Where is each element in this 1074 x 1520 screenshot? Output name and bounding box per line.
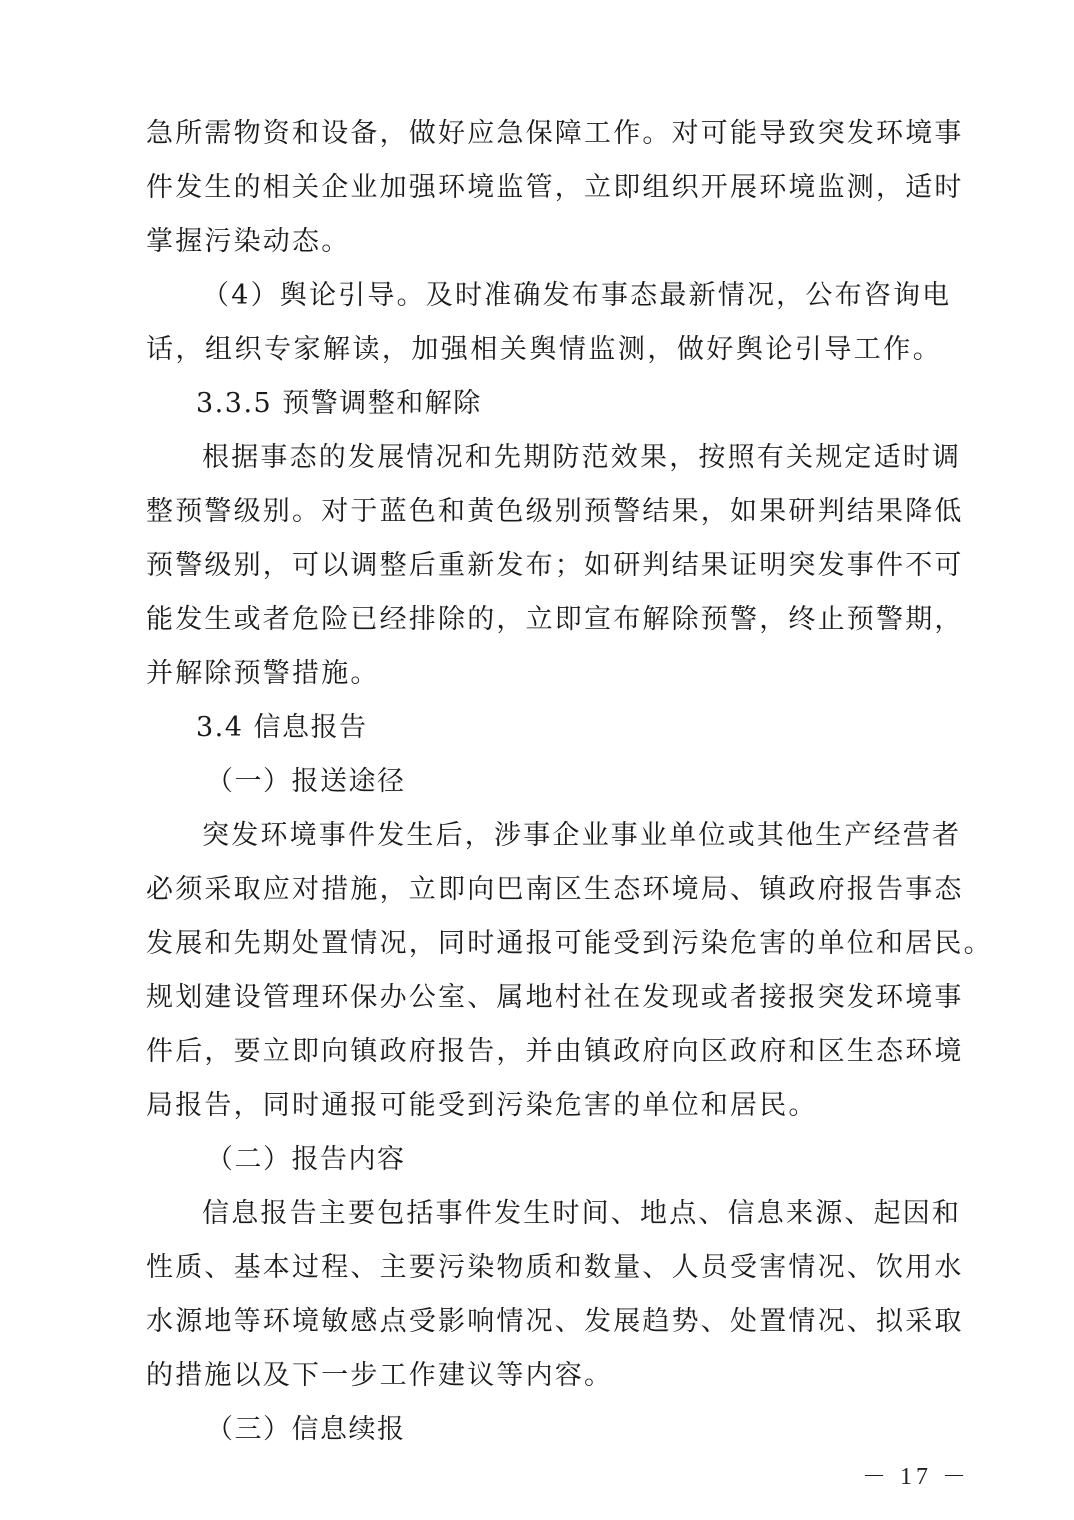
body-text-line: 并解除预警措施。 <box>146 656 942 692</box>
section-heading-3-4: 3.4 信息报告 <box>196 710 992 746</box>
body-text-line: 的措施以及下一步工作建议等内容。 <box>146 1358 942 1394</box>
document-page: 急所需物资和设备，做好应急保障工作。对可能导致突发环境事 件发生的相关企业加强环… <box>0 0 1074 1520</box>
body-text-line: 发展和先期处置情况，同时通报可能受到污染危害的单位和居民。 <box>146 926 942 962</box>
body-text-line: 局报告，同时通报可能受到污染危害的单位和居民。 <box>146 1088 942 1124</box>
body-text-line: 整预警级别。对于蓝色和黄色级别预警结果，如果研判结果降低 <box>146 494 942 530</box>
paragraph-item-public-opinion: （4）舆论引导。及时准确发布事态最新情况，公布咨询电 <box>202 278 942 314</box>
body-text-line: 规划建设管理环保办公室、属地村社在发现或者接报突发环境事 <box>146 980 942 1016</box>
page-number: － 17 － <box>862 1456 970 1491</box>
subheading-reporting-channel: （一）报送途径 <box>206 764 1002 800</box>
body-text-line: 突发环境事件发生后，涉事企业事业单位或其他生产经营者 <box>202 818 942 854</box>
subheading-follow-up-report: （三）信息续报 <box>206 1412 1002 1448</box>
section-heading-3-3-5: 3.3.5 预警调整和解除 <box>196 386 992 422</box>
body-text-line: 话，组织专家解读，加强相关舆情监测，做好舆论引导工作。 <box>146 332 942 368</box>
body-text-line: 能发生或者危险已经排除的，立即宣布解除预警，终止预警期， <box>146 602 942 638</box>
body-text-line: 必须采取应对措施，立即向巴南区生态环境局、镇政府报告事态 <box>146 872 942 908</box>
body-text-line: 件后，要立即向镇政府报告，并由镇政府向区政府和区生态环境 <box>146 1034 942 1070</box>
body-text-line: 件发生的相关企业加强环境监管，立即组织开展环境监测，适时 <box>146 170 942 206</box>
body-text-line: 性质、基本过程、主要污染物质和数量、人员受害情况、饮用水 <box>146 1250 942 1286</box>
body-text-line: 掌握污染动态。 <box>146 224 942 260</box>
body-text-line: 信息报告主要包括事件发生时间、地点、信息来源、起因和 <box>202 1196 942 1232</box>
body-text-line: 水源地等环境敏感点受影响情况、发展趋势、处置情况、拟采取 <box>146 1304 942 1340</box>
body-text-line: 预警级别，可以调整后重新发布；如研判结果证明突发事件不可 <box>146 548 942 584</box>
subheading-report-content: （二）报告内容 <box>206 1142 1002 1178</box>
body-text-line: 根据事态的发展情况和先期防范效果，按照有关规定适时调 <box>202 440 942 476</box>
body-text-line: 急所需物资和设备，做好应急保障工作。对可能导致突发环境事 <box>146 116 942 152</box>
